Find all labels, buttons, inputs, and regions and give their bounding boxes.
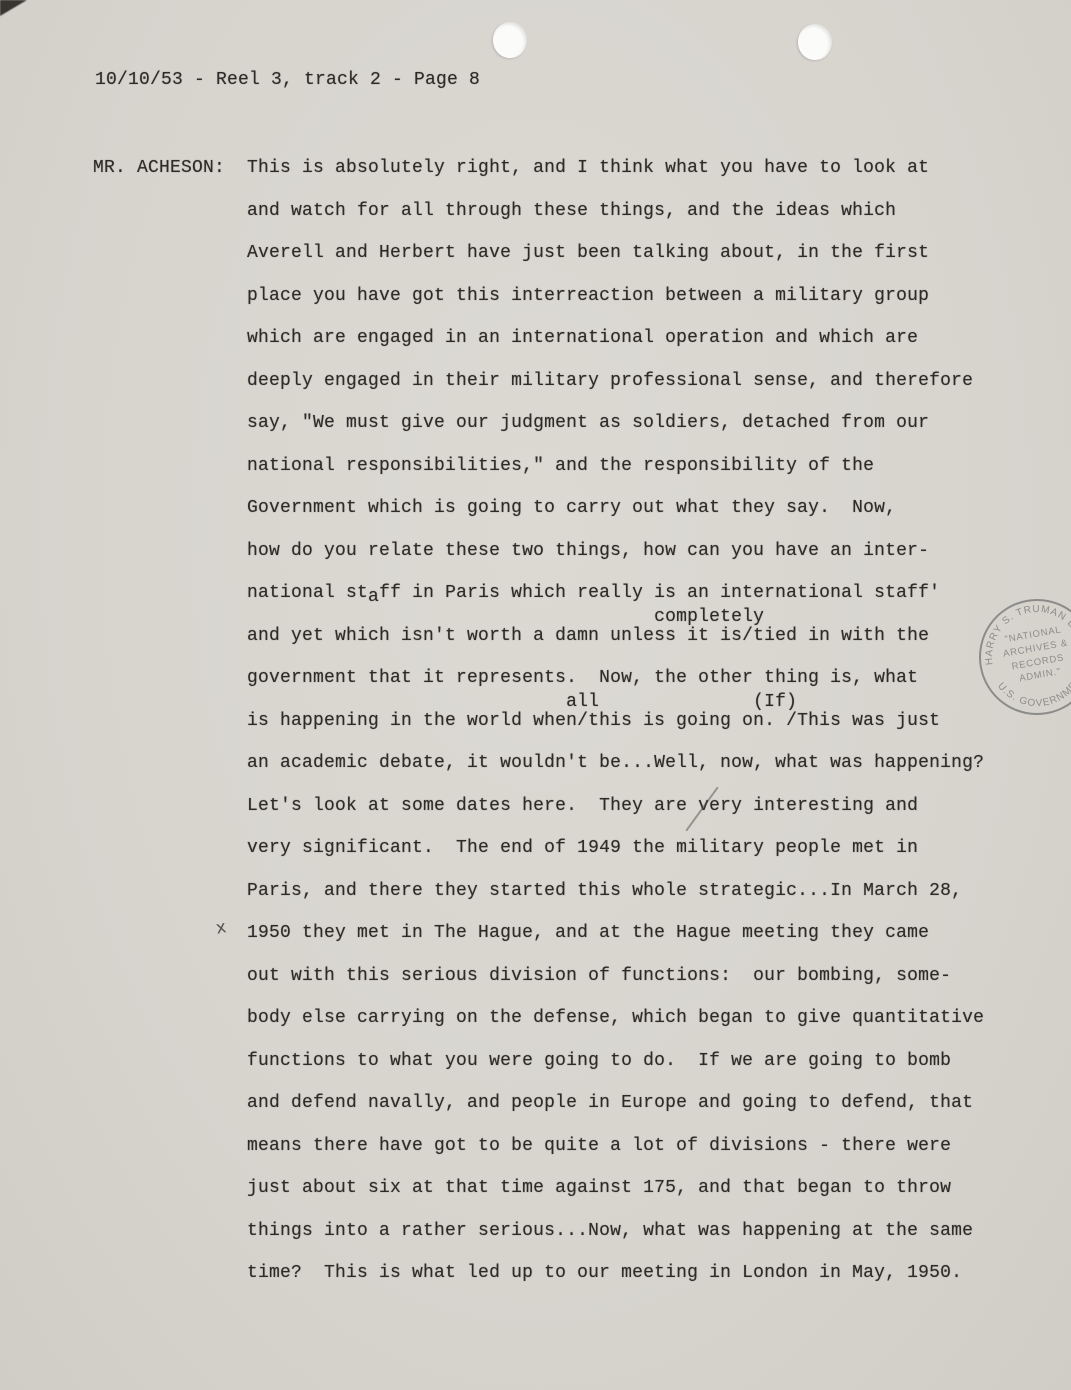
typed-line: body else carrying on the defense, which…	[93, 1008, 984, 1051]
typed-line: things into a rather serious...Now, what…	[93, 1221, 984, 1264]
typed-line: out with this serious division of functi…	[93, 966, 984, 1009]
punch-hole-right	[798, 24, 832, 60]
typed-line: say, "We must give our judgment as soldi…	[93, 413, 984, 456]
scan-corner-shadow	[0, 0, 27, 16]
typed-line: functions to what you were going to do. …	[93, 1051, 984, 1094]
typed-line: how do you relate these two things, how …	[93, 541, 984, 584]
typed-line: Government which is going to carry out w…	[93, 498, 984, 541]
typed-line: and watch for all through these things, …	[93, 201, 984, 244]
punch-hole-left	[493, 22, 527, 58]
typed-line: and defend navally, and people in Europe…	[93, 1093, 984, 1136]
typed-line: means there have got to be quite a lot o…	[93, 1136, 984, 1179]
typed-line: is happening in the world when/this is g…	[93, 711, 984, 754]
typed-line: Averell and Herbert have just been talki…	[93, 243, 984, 286]
typed-line: just about six at that time against 175,…	[93, 1178, 984, 1221]
typed-line: Paris, and there they started this whole…	[93, 881, 984, 924]
typed-line: place you have got this interreaction be…	[93, 286, 984, 329]
typed-line: deeply engaged in their military profess…	[93, 371, 984, 414]
typed-line: national responsibilities," and the resp…	[93, 456, 984, 499]
typed-line: 1950 they met in The Hague, and at the H…	[93, 923, 984, 966]
dropped-character: a	[368, 587, 379, 608]
typed-line: and yet which isn't worth a damn unless …	[93, 626, 984, 669]
typed-line: an academic debate, it wouldn't be...Wel…	[93, 753, 984, 796]
typed-line: which are engaged in an international op…	[93, 328, 984, 371]
document-page: 10/10/53 - Reel 3, track 2 - Page 8 MR. …	[0, 0, 1071, 1390]
transcript-body: MR. ACHESON: This is absolutely right, a…	[93, 158, 984, 1306]
typed-line: MR. ACHESON: This is absolutely right, a…	[93, 158, 984, 201]
typed-line: very significant. The end of 1949 the mi…	[93, 838, 984, 881]
page-header: 10/10/53 - Reel 3, track 2 - Page 8	[95, 70, 480, 91]
typed-line: time? This is what led up to our meeting…	[93, 1263, 984, 1306]
typed-line: Let's look at some dates here. They are …	[93, 796, 984, 839]
